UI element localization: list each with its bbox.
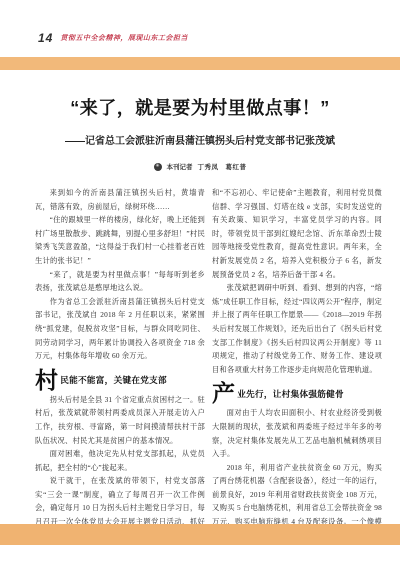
section-heading-industry: 产 业先行，让村集体强筋健骨 <box>212 383 382 403</box>
section-heading-text: 业先行，让村集体强筋健骨 <box>237 388 344 404</box>
paragraph: “住的跟城里一样的楼房，绿化好，晚上还能到村广场里散散步、跳跳舞，别提心里多舒坦… <box>35 213 205 267</box>
body-column-right: 和“不忘初心、牢记使命”主题教育，利用村党员微信群、学习强国、灯塔在线 e 支部… <box>212 186 382 542</box>
body-column-left: 来到如今的沂南县蒲汪镇拐头后村，黄墙青瓦，错落有致，房前屋后，绿树环绕…… “住… <box>35 186 205 542</box>
paragraph: “来了，就是要为村里做点事！”每每听到老乡表扬，张茂斌总是憨厚地这么说。 <box>35 268 205 295</box>
paragraph: 作为省总工会派驻沂南县蒲汪镇拐头后村党支部书记，张茂斌自 2018 年 2 月任… <box>35 295 205 363</box>
paragraph: 来到如今的沂南县蒲汪镇拐头后村，黄墙青瓦，错落有致，房前屋后，绿树环绕…… <box>35 186 205 213</box>
paragraph: 张茂斌把调研中听到、看到、想到的内容，“熔炼”成任职工作目标，经过“四议两公开”… <box>212 281 382 376</box>
emblem-icon: ✳ <box>154 163 162 171</box>
page-header: 14 贯彻五中全会精神，展现山东工会担当 <box>38 31 188 45</box>
byline: ✳ 本刊记者 丁秀凤 葛红普 <box>0 162 400 171</box>
article-subtitle: ——记省总工会派驻沂南县蒲汪镇拐头后村党支部书记张茂斌 <box>0 132 400 147</box>
section-heading-party: 村 民能不能富，关键在党支部 <box>35 370 205 390</box>
article-body: 来到如今的沂南县蒲汪镇拐头后村，黄墙青瓦，错落有致，房前屋后，绿树环绕…… “住… <box>35 186 382 542</box>
section-dropcap: 村 <box>35 370 58 390</box>
paragraph: 拐头后村是全县 31 个省定重点贫困村之一。驻村后，张茂斌就带领村两委成员深入开… <box>35 393 205 447</box>
page-number: 14 <box>38 31 53 45</box>
section-heading-text: 民能不能富，关键在党支部 <box>60 374 167 390</box>
article-title: “来了，就是要为村里做点事！” <box>0 94 400 120</box>
byline-label: 本刊记者 <box>167 162 193 171</box>
section-dropcap: 产 <box>212 383 235 403</box>
paragraph-continuation: 和“不忘初心、牢记使命”主题教育，利用村党员微信群、学习强国、灯塔在线 e 支部… <box>212 186 382 281</box>
paragraph: 面对由于人均农田面积小、村农业经济受到极大限制的现状，张茂斌和两委班子经过半年多… <box>212 406 382 460</box>
header-slogan: 贯彻五中全会精神，展现山东工会担当 <box>60 33 188 43</box>
reporter-names: 丁秀凤 葛红普 <box>198 162 247 171</box>
top-accent-bar <box>0 57 400 70</box>
bottom-accent-bar <box>0 524 400 545</box>
paragraph: 面对困难，他决定先从村党支部抓起，从党员抓起，把全村的“心”拢起来。 <box>35 447 205 474</box>
magazine-page: 14 贯彻五中全会精神，展现山东工会担当 “来了，就是要为村里做点事！” ——记… <box>0 0 400 571</box>
